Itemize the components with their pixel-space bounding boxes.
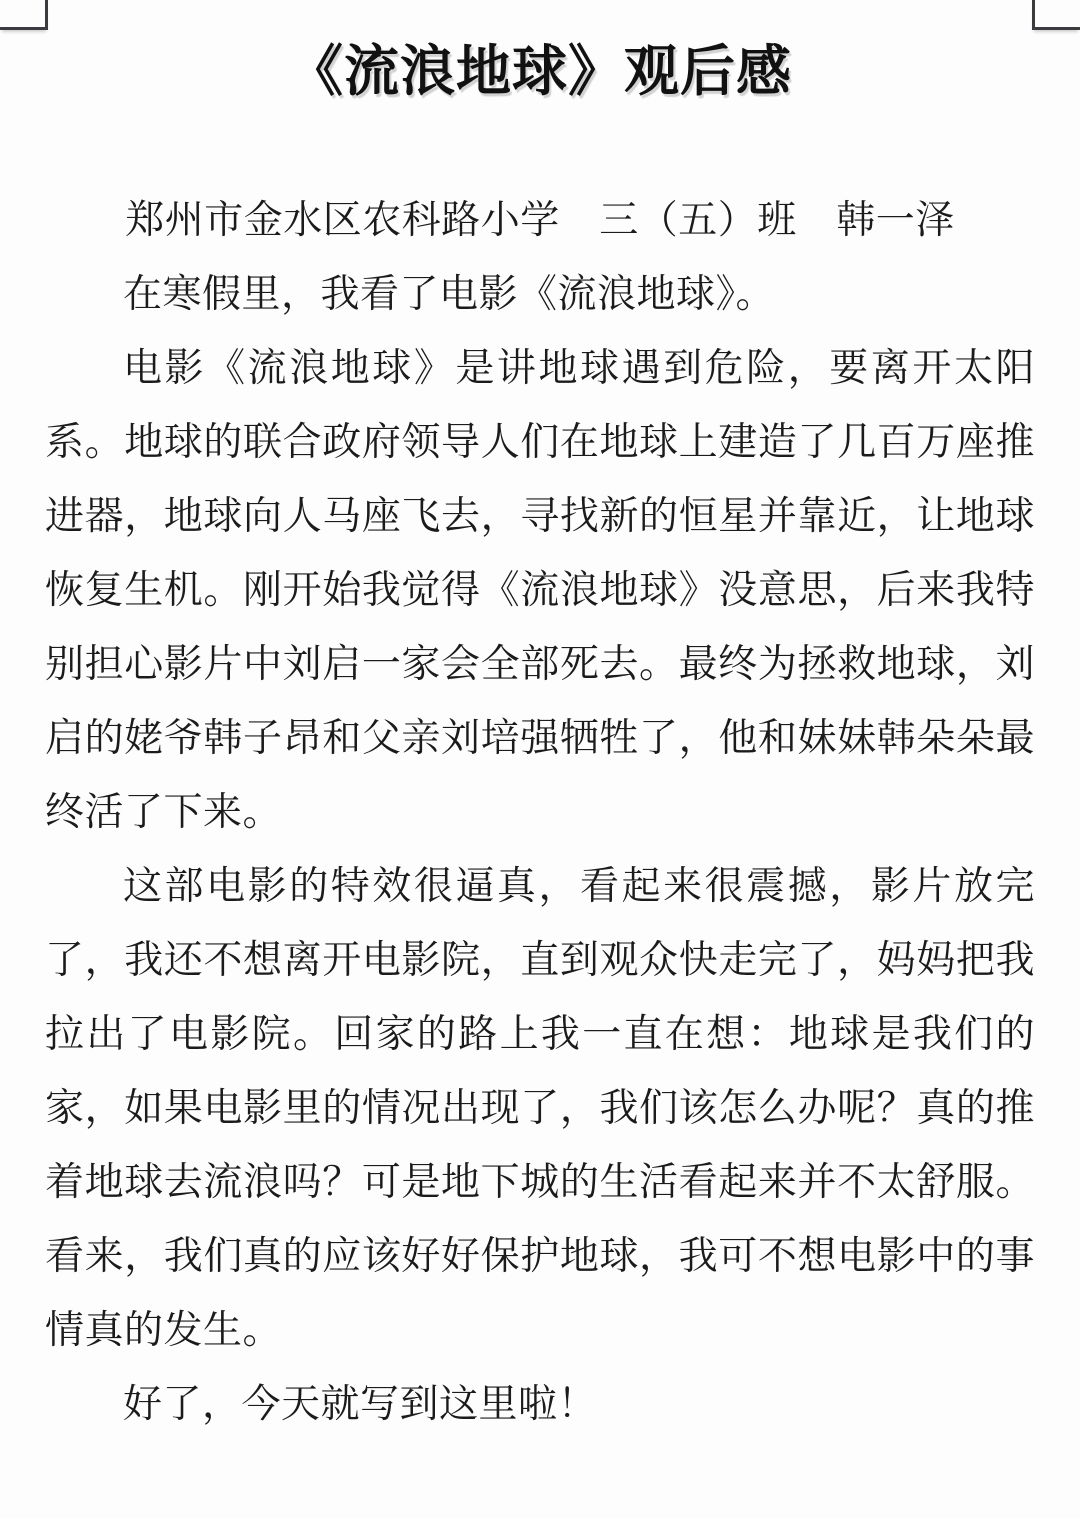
- paragraph-4: 好了，今天就写到这里啦！: [45, 1368, 1035, 1442]
- corner-mark-top-left-icon: [0, 0, 48, 30]
- essay-title: 《流浪地球》观后感: [0, 0, 1080, 104]
- paragraph-1: 在寒假里，我看了电影《流浪地球》。: [45, 258, 1035, 332]
- paragraph-3: 这部电影的特效很逼真，看起来很震撼，影片放完了，我还不想离开电影院，直到观众快走…: [45, 850, 1035, 1368]
- document-page: 《流浪地球》观后感 郑州市金水区农科路小学 三（五）班 韩一泽 在寒假里，我看了…: [0, 0, 1080, 1518]
- essay-byline: 郑州市金水区农科路小学 三（五）班 韩一泽: [45, 184, 1035, 258]
- paragraph-2: 电影《流浪地球》是讲地球遇到危险，要离开太阳系。地球的联合政府领导人们在地球上建…: [45, 332, 1035, 850]
- corner-mark-top-right-icon: [1032, 0, 1080, 30]
- essay-body: 郑州市金水区农科路小学 三（五）班 韩一泽 在寒假里，我看了电影《流浪地球》。 …: [45, 184, 1035, 1442]
